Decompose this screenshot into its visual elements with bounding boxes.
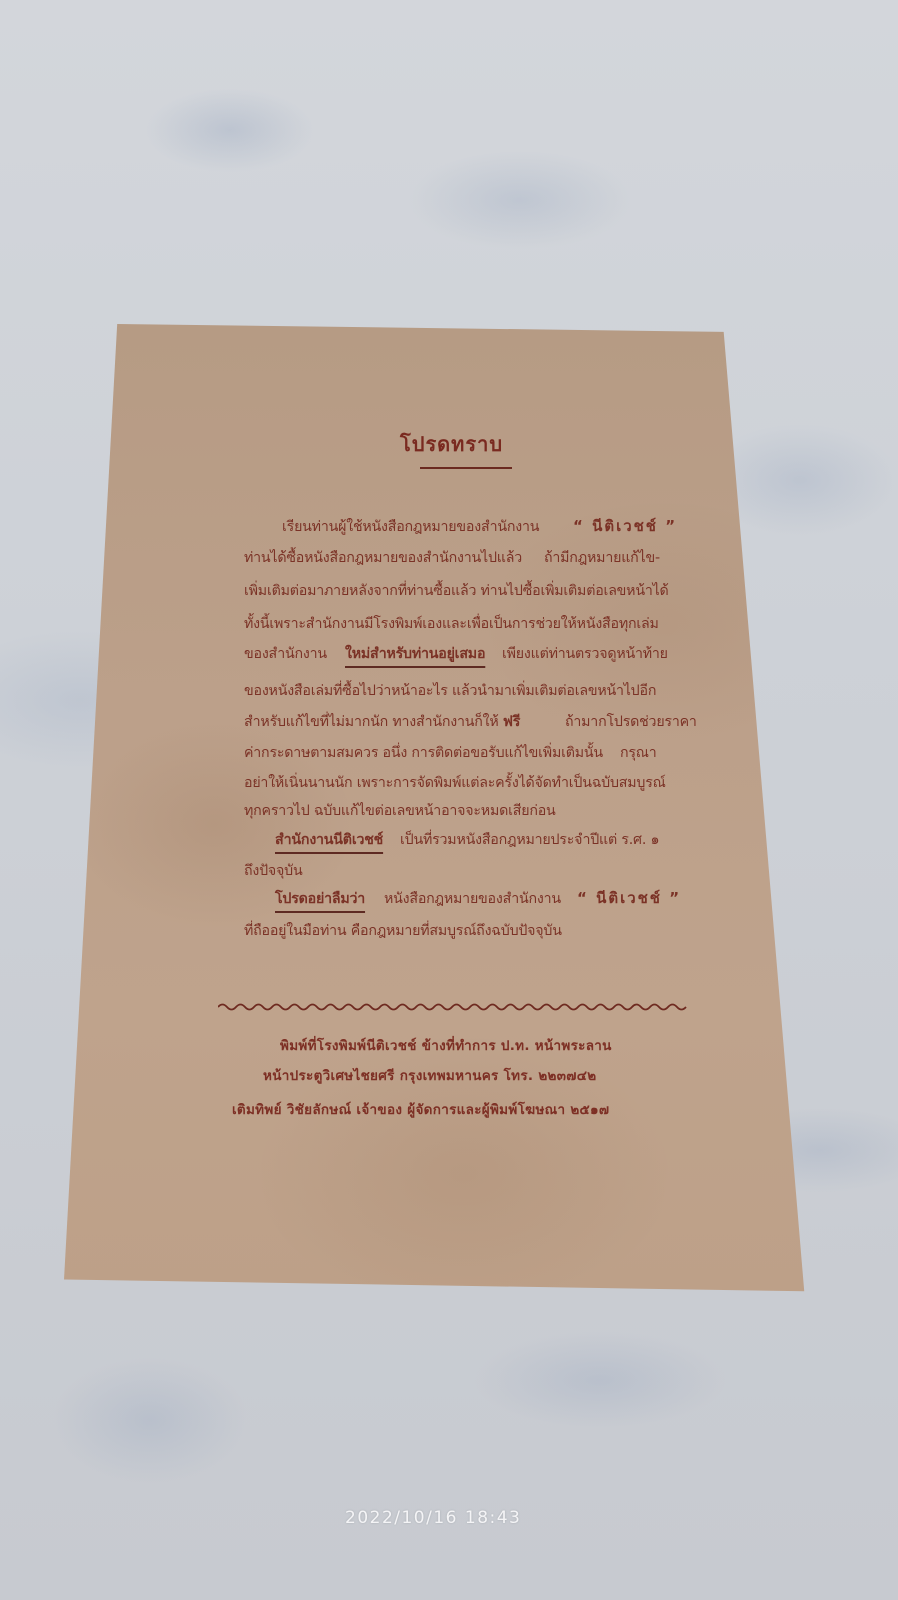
body-line: เรียนท่านผู้ใช้หนังสือกฎหมายของสำนักงาน xyxy=(282,516,539,538)
page-title: โปรดทราบ xyxy=(400,428,503,460)
title-underline xyxy=(420,467,512,469)
brand-name: “ นีติเวชช์ ” xyxy=(577,886,681,910)
body-line: ถึงปัจจุบัน xyxy=(244,860,302,882)
body-line: ค่ากระดาษตามสมควร อนึ่ง การติดต่อขอรับแก… xyxy=(244,742,603,764)
body-line: สำหรับแก้ไขที่ไม่มากนัก ทางสำนักงานก็ให้… xyxy=(244,711,520,733)
free-emphasis: ฟรี xyxy=(503,714,520,730)
body-line: ท่านได้ซื้อหนังสือกฎหมายของสำนักงานไปแล้… xyxy=(244,547,522,569)
body-line: เพียงแต่ท่านตรวจดูหน้าท้าย xyxy=(502,643,668,665)
body-line: ที่ถืออยู่ในมือท่าน คือกฎหมายที่สมบูรณ์ถ… xyxy=(244,920,562,942)
printer-info: พิมพ์ที่โรงพิมพ์นีติเวชช์ ข้างที่ทำการ ป… xyxy=(280,1034,612,1056)
body-line: ของสำนักงาน xyxy=(244,643,327,665)
reminder-underlined: โปรดอย่าลืมว่า xyxy=(275,888,365,910)
document-content: โปรดทราบ เรียนท่านผู้ใช้หนังสือกฎหมายของ… xyxy=(0,0,898,1600)
body-line: ทั้งนี้เพราะสำนักงานมีโรงพิมพ์เองและเพื่… xyxy=(244,613,659,635)
body-line: ทุกคราวไป ฉบับแก้ไขต่อเลขหน้าอาจจะหมดเสี… xyxy=(244,800,556,822)
body-text: เรียนท่านผู้ใช้หนังสือกฎหมายของสำนักงาน xyxy=(282,519,539,535)
body-line: หนังสือกฎหมายของสำนักงาน xyxy=(384,888,561,910)
body-line: กรุณา xyxy=(620,742,657,764)
emphasis-underlined: ใหม่สำหรับท่านอยู่เสมอ xyxy=(345,643,485,665)
body-line: เป็นที่รวมหนังสือกฎหมายประจำปีแต่ ร.ศ. ๑ xyxy=(400,829,659,851)
body-line: อย่าให้เนิ่นนานนัก เพราะการจัดพิมพ์แต่ละ… xyxy=(244,772,666,794)
body-line: ถ้ามากโปรดช่วยราคา xyxy=(565,711,697,733)
printer-address: หน้าประตูวิเศษไชยศรี กรุงเทพมหานคร โทร. … xyxy=(263,1064,596,1086)
photo-timestamp: 2022/10/16 18:43 xyxy=(345,1508,521,1528)
body-line: ของหนังสือเล่มที่ซื้อไปว่าหน้าอะไร แล้วน… xyxy=(244,680,656,702)
wavy-divider xyxy=(218,1000,688,1014)
office-name-underlined: สำนักงานนีติเวชช์ xyxy=(275,829,383,851)
brand-name: “ นีติเวชช์ ” xyxy=(573,514,677,538)
body-line: ถ้ามีกฎหมายแก้ไข- xyxy=(544,547,660,569)
body-line: เพิ่มเติมต่อมาภายหลังจากที่ท่านซื้อแล้ว … xyxy=(244,580,669,602)
publisher-info: เติมทิพย์ วิชัยลักษณ์ เจ้าของ ผู้จัดการแ… xyxy=(232,1098,609,1120)
